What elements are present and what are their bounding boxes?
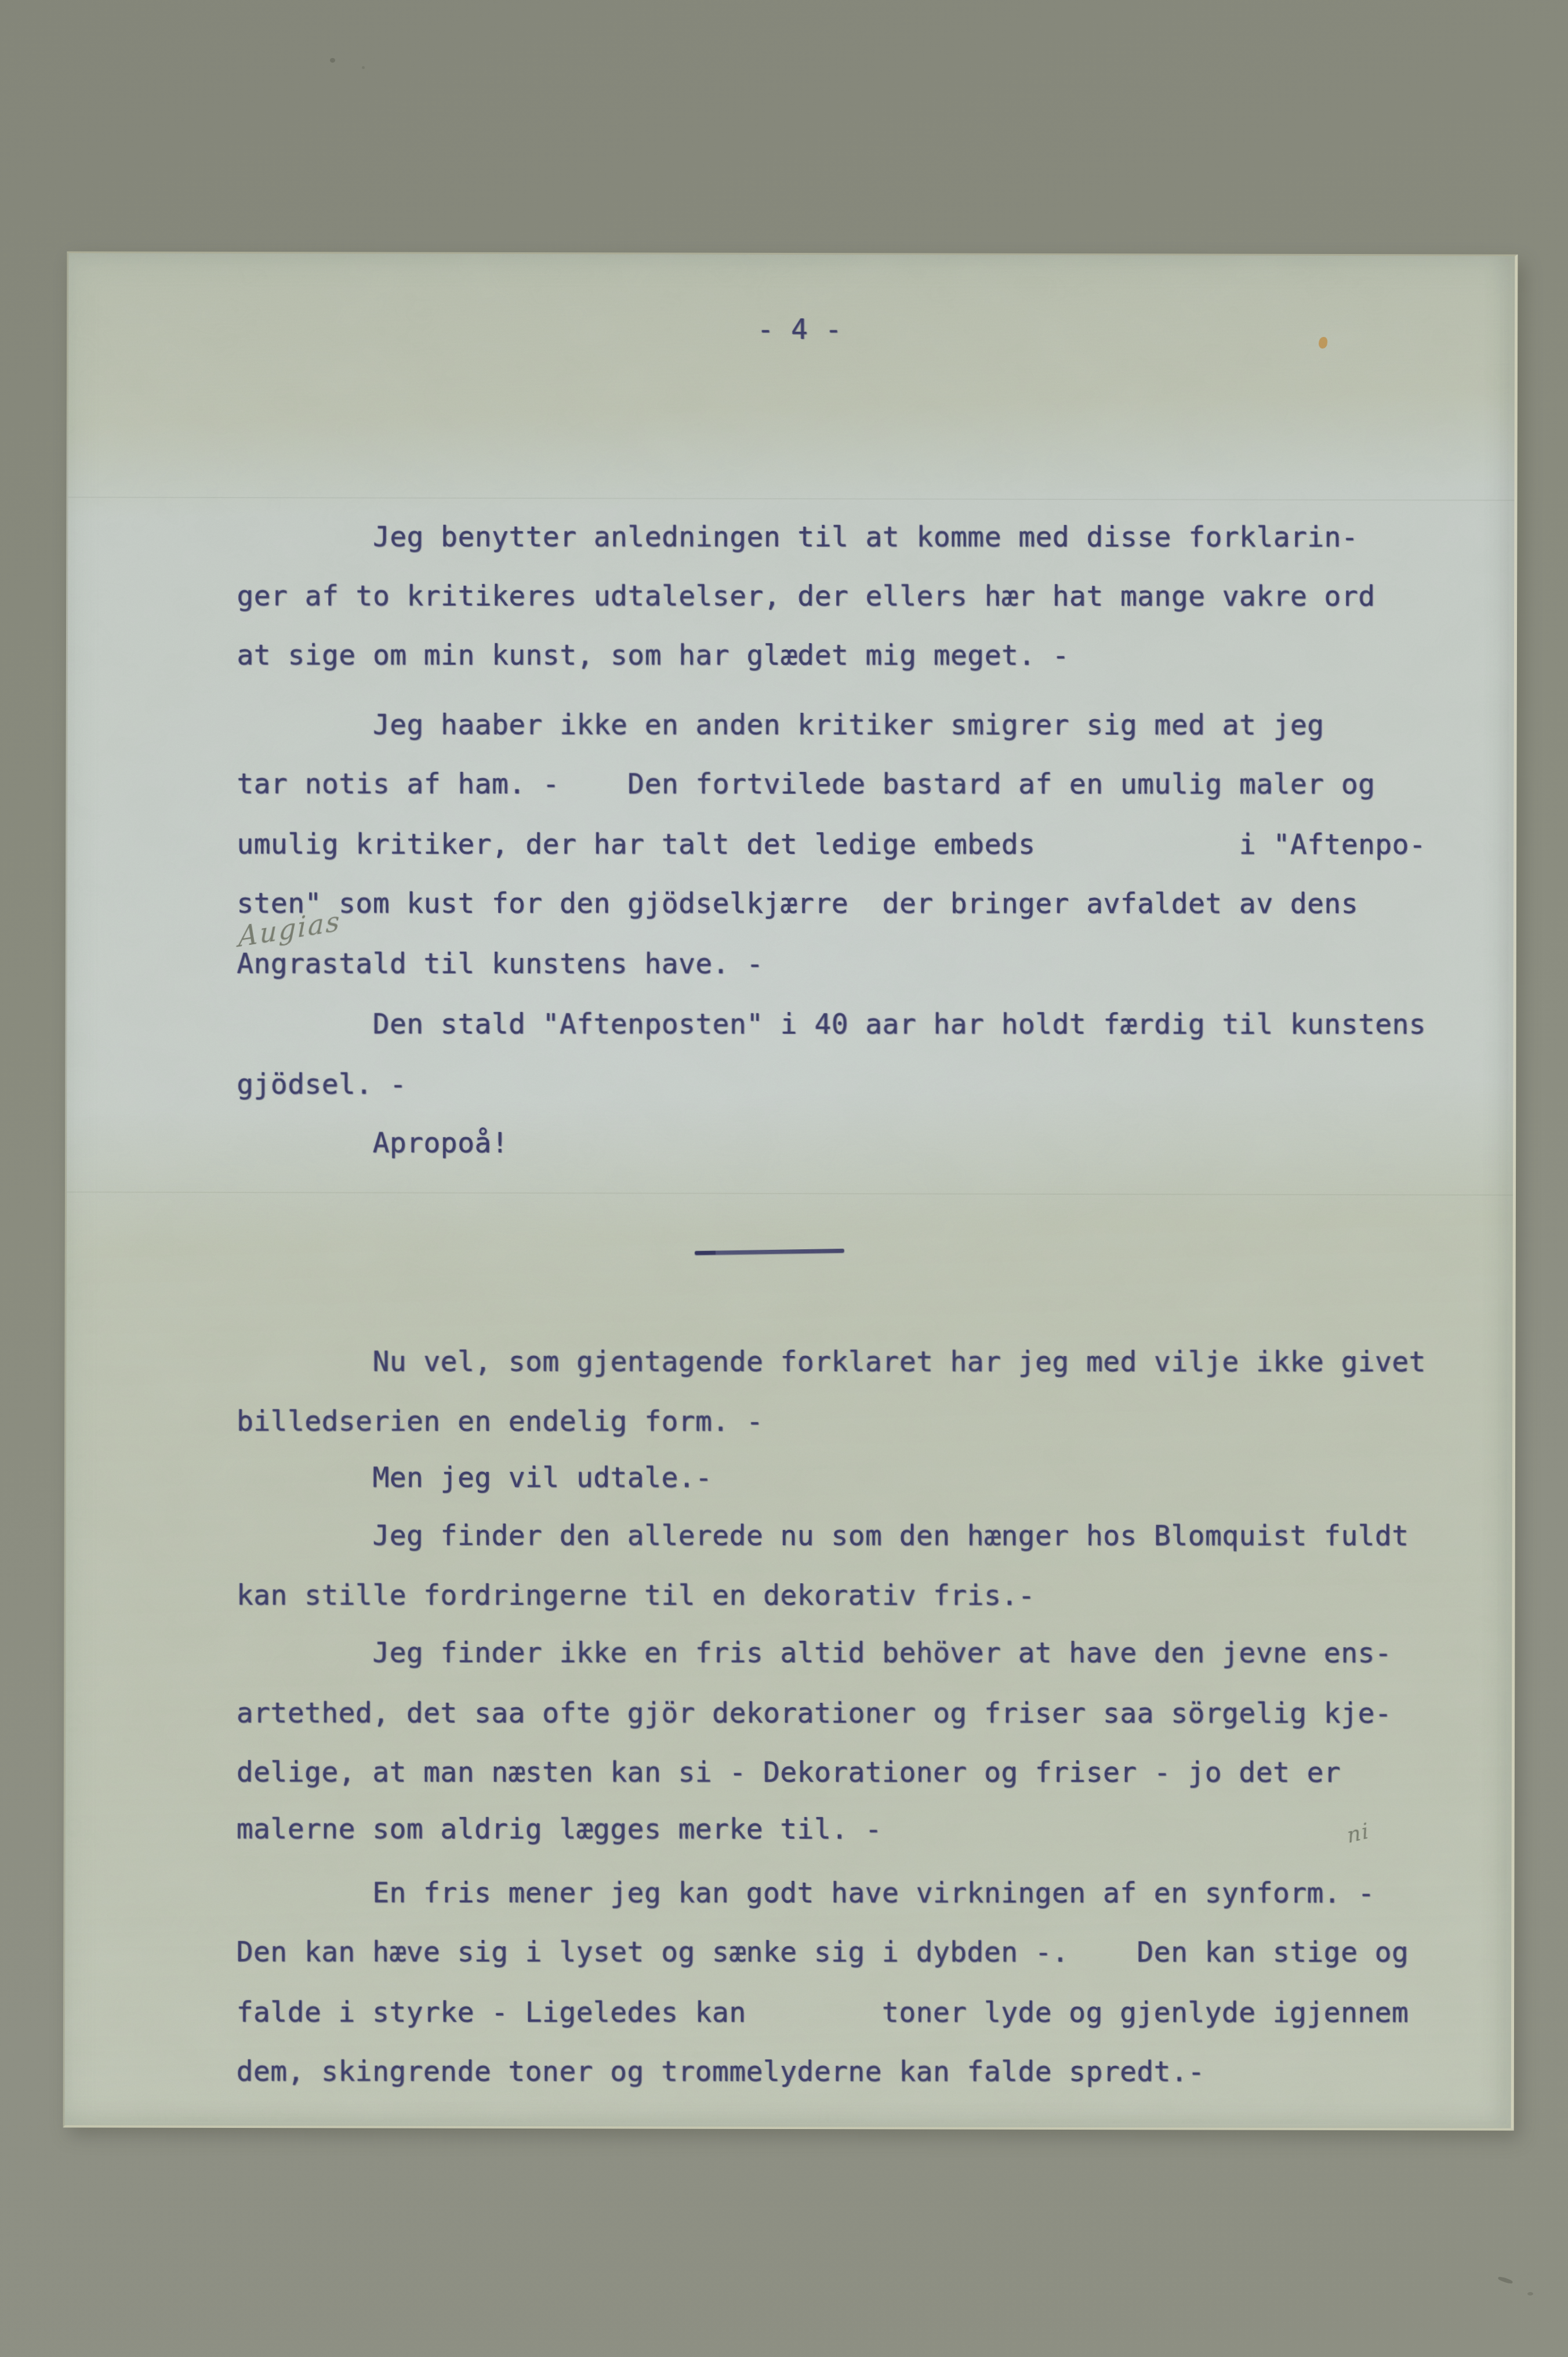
typed-line: Den kan hæve sig i lyset og sænke sig i … (237, 1938, 1454, 1967)
mat-speck (330, 58, 335, 63)
typed-line: dem, skingrende toner og trommelyderne k… (236, 2057, 1454, 2087)
typewritten-letter-page: - 4 - Jeg benytter anledningen til at ko… (63, 251, 1518, 2130)
scanned-document-photo: { "palette": { "mat_background": "#8a8c7… (0, 0, 1568, 2357)
typed-line: sten" som kust for den gjödselkjærre der… (237, 889, 1454, 919)
typed-line: Jeg haaber ikke en anden kritiker smigre… (237, 710, 1454, 740)
typed-line: Nu vel, som gjentagende forklaret har je… (237, 1347, 1454, 1377)
mat-speck (1498, 2276, 1513, 2285)
typed-line: tar notis af ham. - Den fortvilede basta… (237, 770, 1454, 799)
typed-line: delige, at man næsten kan si - Dekoratio… (237, 1758, 1454, 1787)
typed-line: Den stald "Aftenposten" i 40 aar har hol… (237, 1010, 1454, 1039)
typed-text-block: - 4 - Jeg benytter anledningen til at ko… (66, 255, 1513, 2127)
typed-line: Angrastald til kunstens have. - (237, 949, 1454, 979)
typed-line: malerne som aldrig lægges merke til. - (237, 1815, 1454, 1844)
typed-line: En fris mener jeg kan godt have virkning… (237, 1879, 1454, 1908)
typed-line: falde i styrke - Ligeledes kan toner lyd… (236, 1998, 1454, 2028)
typed-line: umulig kritiker, der har talt det ledige… (237, 830, 1454, 860)
typed-line: gjödsel. - (237, 1070, 1454, 1100)
typed-line: Jeg finder ikke en fris altid behöver at… (237, 1638, 1454, 1668)
typed-line: Apropoå! (237, 1129, 1454, 1158)
typed-line: ger af to kritikeres udtalelser, der ell… (237, 582, 1454, 611)
typed-line: Jeg benytter anledningen til at komme me… (237, 523, 1454, 552)
typed-line: kan stille fordringerne til en dekorativ… (237, 1581, 1454, 1611)
mat-speck (1527, 2292, 1533, 2296)
typed-line: Men jeg vil udtale.- (237, 1463, 1454, 1493)
typed-line: at sige om min kunst, som har glædet mig… (237, 641, 1454, 670)
mat-speck (362, 66, 365, 69)
typed-divider-rule (695, 1249, 844, 1255)
typed-line: Jeg finder den allerede nu som den hænge… (237, 1521, 1454, 1551)
page-number: - 4 - (757, 315, 1568, 345)
typed-line: billedserien en endelig form. - (237, 1407, 1454, 1437)
typed-line: artethed, det saa ofte gjör dekorationer… (237, 1699, 1454, 1728)
